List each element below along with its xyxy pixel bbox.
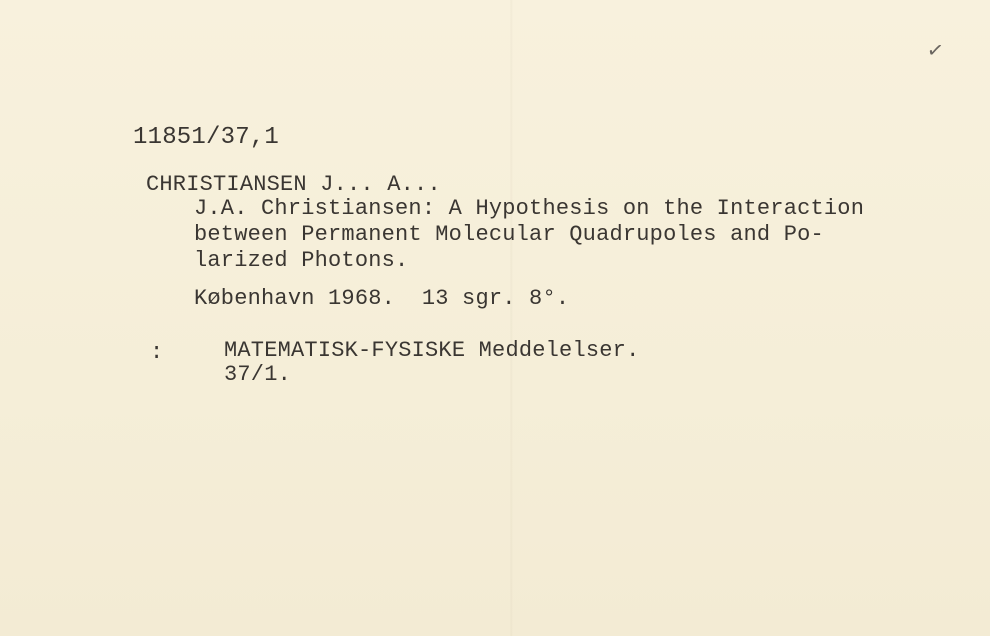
call-number: 11851/37,1 [133,124,279,151]
catalog-card: ✓ 11851/37,1 CHRISTIANSEN J... A... J.A.… [0,0,990,636]
title-line-2: between Permanent Molecular Quadrupoles … [194,222,824,247]
title-line-1: J.A. Christiansen: A Hypothesis on the I… [194,196,864,221]
check-mark-icon: ✓ [925,37,945,63]
author-heading: CHRISTIANSEN J... A... [146,172,441,197]
series-volume: 37/1. [224,362,291,387]
series-marker: : [150,340,163,365]
series-title: MATEMATISK-FYSISKE Meddelelser. [224,338,639,363]
title-line-3: larized Photons. [194,248,408,273]
imprint: København 1968. 13 sgr. 8°. [194,286,569,311]
